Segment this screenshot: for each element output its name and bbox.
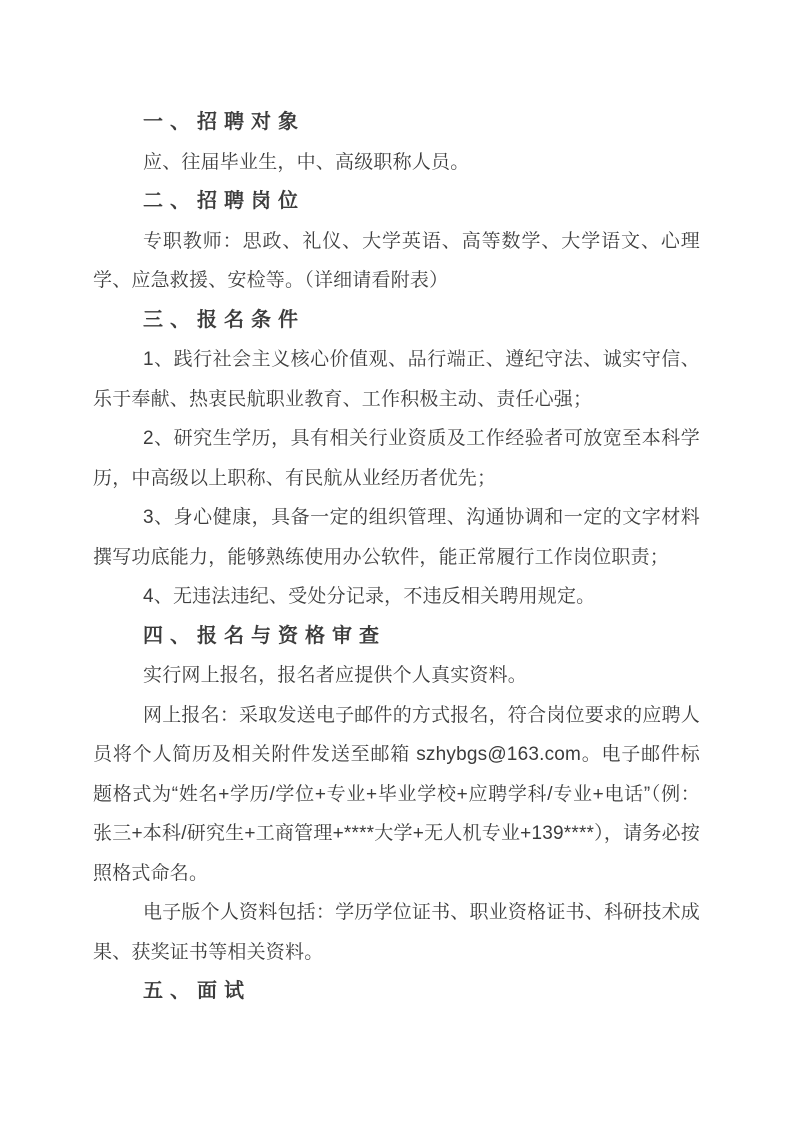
section-heading: 二、招聘岗位 [93,182,700,222]
body-paragraph: 4、无违法违纪、受处分记录，不违反相关聘用规定。 [93,577,700,617]
body-paragraph: 专职教师：思政、礼仪、大学英语、高等数学、大学语文、心理学、应急救援、安检等。（… [93,222,700,301]
body-paragraph: 1、践行社会主义核心价值观、品行端正、遵纪守法、诚实守信、乐于奉献、热衷民航职业… [93,340,700,419]
document-body: 一、招聘对象应、往届毕业生，中、高级职称人员。二、招聘岗位专职教师：思政、礼仪、… [93,103,700,1012]
section-heading: 一、招聘对象 [93,103,700,143]
section-heading: 四、报名与资格审查 [93,617,700,657]
body-paragraph: 应、往届毕业生，中、高级职称人员。 [93,143,700,183]
body-paragraph: 电子版个人资料包括：学历学位证书、职业资格证书、科研技术成果、获奖证书等相关资料… [93,893,700,972]
body-paragraph: 实行网上报名，报名者应提供个人真实资料。 [93,656,700,696]
body-paragraph: 3、身心健康，具备一定的组织管理、沟通协调和一定的文字材料撰写功底能力，能够熟练… [93,498,700,577]
body-paragraph: 网上报名：采取发送电子邮件的方式报名，符合岗位要求的应聘人员将个人简历及相关附件… [93,696,700,894]
section-heading: 三、报名条件 [93,301,700,341]
section-heading: 五、面试 [93,972,700,1012]
document-page: 一、招聘对象应、往届毕业生，中、高级职称人员。二、招聘岗位专职教师：思政、礼仪、… [0,0,793,1122]
body-paragraph: 2、研究生学历，具有相关行业资质及工作经验者可放宽至本科学历，中高级以上职称、有… [93,419,700,498]
